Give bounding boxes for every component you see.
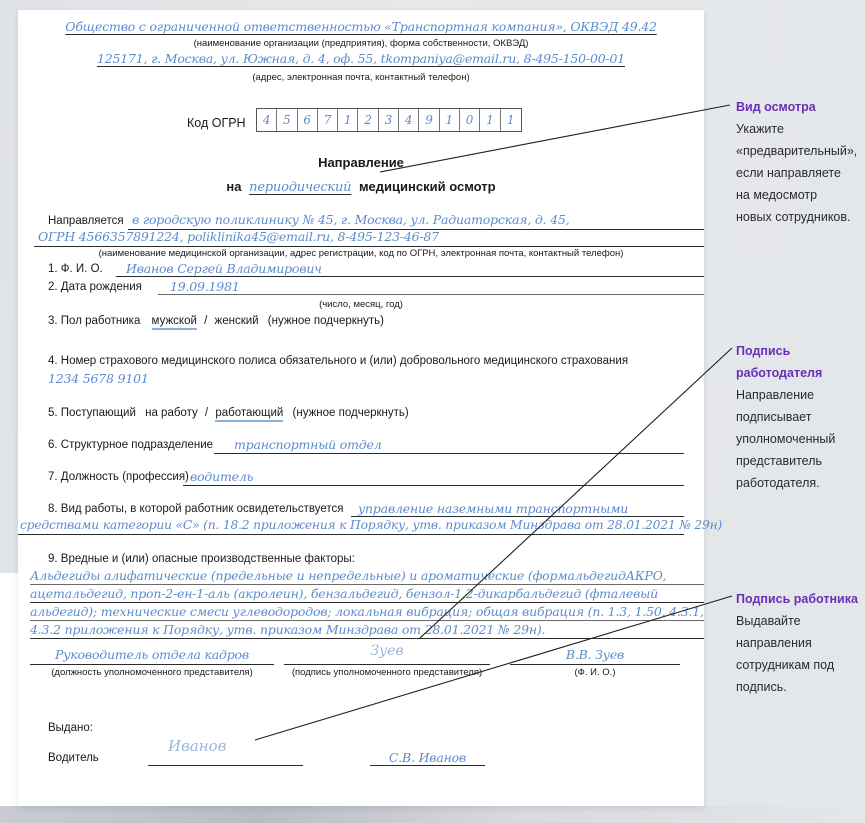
- rep-position-caption: (должность уполномоченного представителя…: [30, 667, 274, 678]
- position-label: 7. Должность (профессия): [48, 471, 189, 483]
- status-option-new[interactable]: на работу: [145, 407, 198, 419]
- rep-name-value: В.В. Зуев: [510, 647, 680, 662]
- annotation-employer-signature: Подпись работодателя Направление подписы…: [736, 340, 864, 494]
- referral-document: Общество с ограниченной ответственностью…: [18, 10, 704, 806]
- annotation-text: Направление подписывает уполномоченный п…: [736, 384, 864, 494]
- org-address: 125171, г. Москва, ул. Южная, д. 4, оф. …: [18, 51, 704, 66]
- dob-caption: (число, месяц, год): [18, 299, 704, 310]
- org-name: Общество с ограниченной ответственностью…: [18, 19, 704, 34]
- exam-type-value: периодический: [249, 180, 351, 195]
- sex-field: 3. Пол работника мужской / женский (нужн…: [48, 315, 384, 327]
- sent-to-caption: (наименование медицинской организации, а…: [18, 248, 704, 259]
- position-value: водитель: [190, 469, 253, 484]
- employee-position: Водитель: [48, 752, 99, 764]
- document-title: Направление: [18, 155, 704, 170]
- sent-to-line2: ОГРН 4566357891224, poliklinika45@email.…: [38, 229, 439, 244]
- dob-label: 2. Дата рождения: [48, 281, 142, 293]
- status-separator: /: [205, 407, 208, 419]
- ogrn-digit-cell: 1: [440, 109, 460, 131]
- annotation-text: Выдавайте направления сотрудникам под по…: [736, 610, 858, 698]
- ogrn-digit-cell: 4: [257, 109, 277, 131]
- ogrn-digit-cell: 1: [480, 109, 500, 131]
- employee-name: С.В. Иванов: [370, 750, 485, 765]
- document-subtitle: на периодический медицинский осмотр: [18, 179, 704, 195]
- policy-value: 1234 5678 9101: [48, 371, 149, 386]
- org-address-caption: (адрес, электронная почта, контактный те…: [18, 72, 704, 83]
- sent-to-label: Направляется: [48, 215, 124, 227]
- dob-value: 19.09.1981: [170, 279, 240, 294]
- annotation-title: Подпись работодателя: [736, 340, 856, 384]
- annotation-title: Вид осмотра: [736, 96, 864, 118]
- ogrn-code-boxes: 4567123491011: [256, 108, 522, 132]
- work-type-label: 8. Вид работы, в которой работник освиде…: [48, 503, 343, 515]
- subtitle-suffix: медицинский осмотр: [359, 179, 496, 194]
- sex-label: 3. Пол работника: [48, 315, 140, 327]
- work-type-line1: управление наземными транспортными: [358, 501, 628, 516]
- factors-line-2: ацетальдегид, проп-2-ен-1-аль (акролеин)…: [30, 586, 658, 601]
- sent-to-line1: в городскую поликлинику № 45, г. Москва,…: [132, 212, 569, 227]
- sex-option-male[interactable]: мужской: [152, 315, 197, 330]
- rep-signature-caption: (подпись уполномоченного представителя): [284, 667, 490, 678]
- rep-signature: Зуев: [284, 643, 490, 659]
- status-option-working[interactable]: работающий: [215, 407, 283, 422]
- ogrn-digit-cell: 6: [298, 109, 318, 131]
- status-field: 5. Поступающий на работу / работающий (н…: [48, 407, 409, 419]
- ogrn-digit-cell: 2: [358, 109, 378, 131]
- ogrn-digit-cell: 1: [338, 109, 358, 131]
- annotation-exam-type: Вид осмотра Укажите «предварительный», е…: [736, 96, 864, 228]
- factors-line-3: альдегид); технические смеси углеводород…: [30, 604, 704, 619]
- sex-hint: (нужное подчеркнуть): [268, 315, 384, 327]
- department-value: транспортный отдел: [234, 437, 381, 452]
- factors-line-4: 4.3.2 приложения к Порядку, утв. приказо…: [30, 622, 545, 637]
- ogrn-digit-cell: 9: [419, 109, 439, 131]
- ogrn-digit-cell: 5: [277, 109, 297, 131]
- ogrn-digit-cell: 1: [501, 109, 521, 131]
- ogrn-digit-cell: 0: [460, 109, 480, 131]
- subtitle-prefix: на: [226, 179, 241, 194]
- ogrn-label: Код ОГРН: [187, 116, 246, 130]
- sex-separator: /: [204, 315, 207, 327]
- fio-label: 1. Ф. И. О.: [48, 263, 103, 275]
- ogrn-digit-cell: 3: [379, 109, 399, 131]
- paper-shadow: [0, 806, 865, 823]
- status-label: 5. Поступающий: [48, 407, 136, 419]
- rep-position-value: Руководитель отдела кадров: [30, 647, 274, 662]
- issued-label: Выдано:: [48, 722, 93, 734]
- work-type-line2: средствами категории «С» (п. 18.2 прилож…: [20, 518, 722, 532]
- fio-value: Иванов Сергей Владимирович: [126, 261, 322, 276]
- annotation-employee-signature: Подпись работника Выдавайте направления …: [736, 588, 864, 698]
- employee-signature: Иванов: [168, 737, 226, 755]
- factors-line-1: Альдегиды алифатические (предельные и не…: [30, 568, 666, 583]
- sex-option-female[interactable]: женский: [215, 315, 259, 327]
- annotation-title: Подпись работника: [736, 588, 864, 610]
- rep-name-caption: (Ф. И. О.): [510, 667, 680, 678]
- status-hint: (нужное подчеркнуть): [293, 407, 409, 419]
- department-label: 6. Структурное подразделение: [48, 439, 213, 451]
- ogrn-digit-cell: 7: [318, 109, 338, 131]
- ogrn-digit-cell: 4: [399, 109, 419, 131]
- policy-label: 4. Номер страхового медицинского полиса …: [48, 355, 628, 367]
- org-name-caption: (наименование организации (предприятия),…: [18, 38, 704, 49]
- factors-label: 9. Вредные и (или) опасные производствен…: [48, 553, 355, 565]
- annotation-text: Укажите «предварительный», если направля…: [736, 118, 854, 228]
